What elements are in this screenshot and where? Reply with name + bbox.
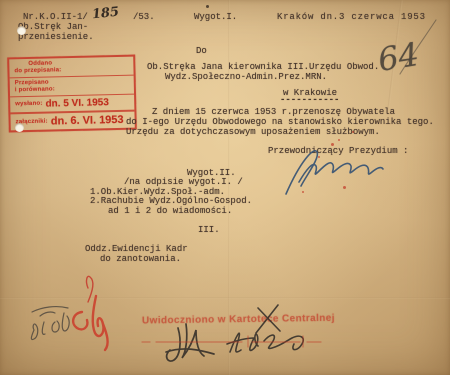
kadr-note-line: do zanotowania. [100,254,181,264]
distribution-item-2: 2.Rachubie Wydz.Ogólno-Gospod. [90,196,252,206]
ref-number-prefix: Nr.K.O.II-1/ [23,12,88,22]
body-line-1: Z dniem 15 czerwca 1953 r.przenoszę Obyw… [152,107,395,117]
distribution-note: /na odpisie wygot.I. / [124,177,243,187]
stamp-label: i porównano: [15,85,131,95]
hole-punch-top [17,26,26,35]
ref-number-suffix: /53. [133,12,155,22]
stamp-row-zalaczniki: załączniki: dn. 6. VI. 1953 [10,110,134,131]
body-line-2: do I-ego Urzędu Obwodowego na stanowisko… [126,117,434,127]
place-date: Kraków dn.3 czerwca 1953 [277,12,426,22]
red-ink-speck [352,131,354,133]
signature-title: Przewodniczący Prezydium : [268,146,408,156]
red-ink-speck [318,156,320,158]
stamp-label: wysłano: [15,101,42,109]
red-ink-speck [343,186,346,189]
red-ink-speck [338,139,340,141]
stamp-date-attachments: dn. 6. VI. 1953 [51,114,124,128]
registry-stamp-box: Oddano do przepisania: Przepisano i poró… [7,55,137,133]
stamp-label: do przepisania: [14,66,130,76]
kadr-office-line: Oddz.Ewidencji Kadr [85,244,188,254]
ink-dot [206,5,209,8]
subject-name: Ob.Stręk Jan- [18,22,88,32]
scanned-document: Nr.K.O.II-1/ 185 /53. Wygot.I. Kraków dn… [0,0,450,375]
copy-note: Wygot.I. [194,12,237,22]
distribution-footer: ad 1 i 2 do wiadomości. [108,206,232,216]
body-line-3: Urzędu za dotychczasowym uposażeniem słu… [126,127,380,137]
red-ink-speck [302,191,304,193]
red-ink-speck [331,143,334,146]
recipient-line2: Wydz.Społeczno-Admin.Prez.MRN. [165,72,327,82]
page-number-pencil: 64 [375,35,421,79]
recipient-line1: Ob.Stręka Jana kierownika III.Urzędu Obw… [147,62,379,72]
stamp-date-sent: dn. 5 VI. 1953 [45,97,109,109]
ref-number-handwritten: 185 [91,5,120,23]
section-three-numeral: III. [198,225,220,235]
salutation: Do [196,46,207,56]
subject-topic: przeniesienie. [18,32,94,42]
hole-punch-bottom [15,123,24,132]
city-underline: ----------- [280,95,339,105]
